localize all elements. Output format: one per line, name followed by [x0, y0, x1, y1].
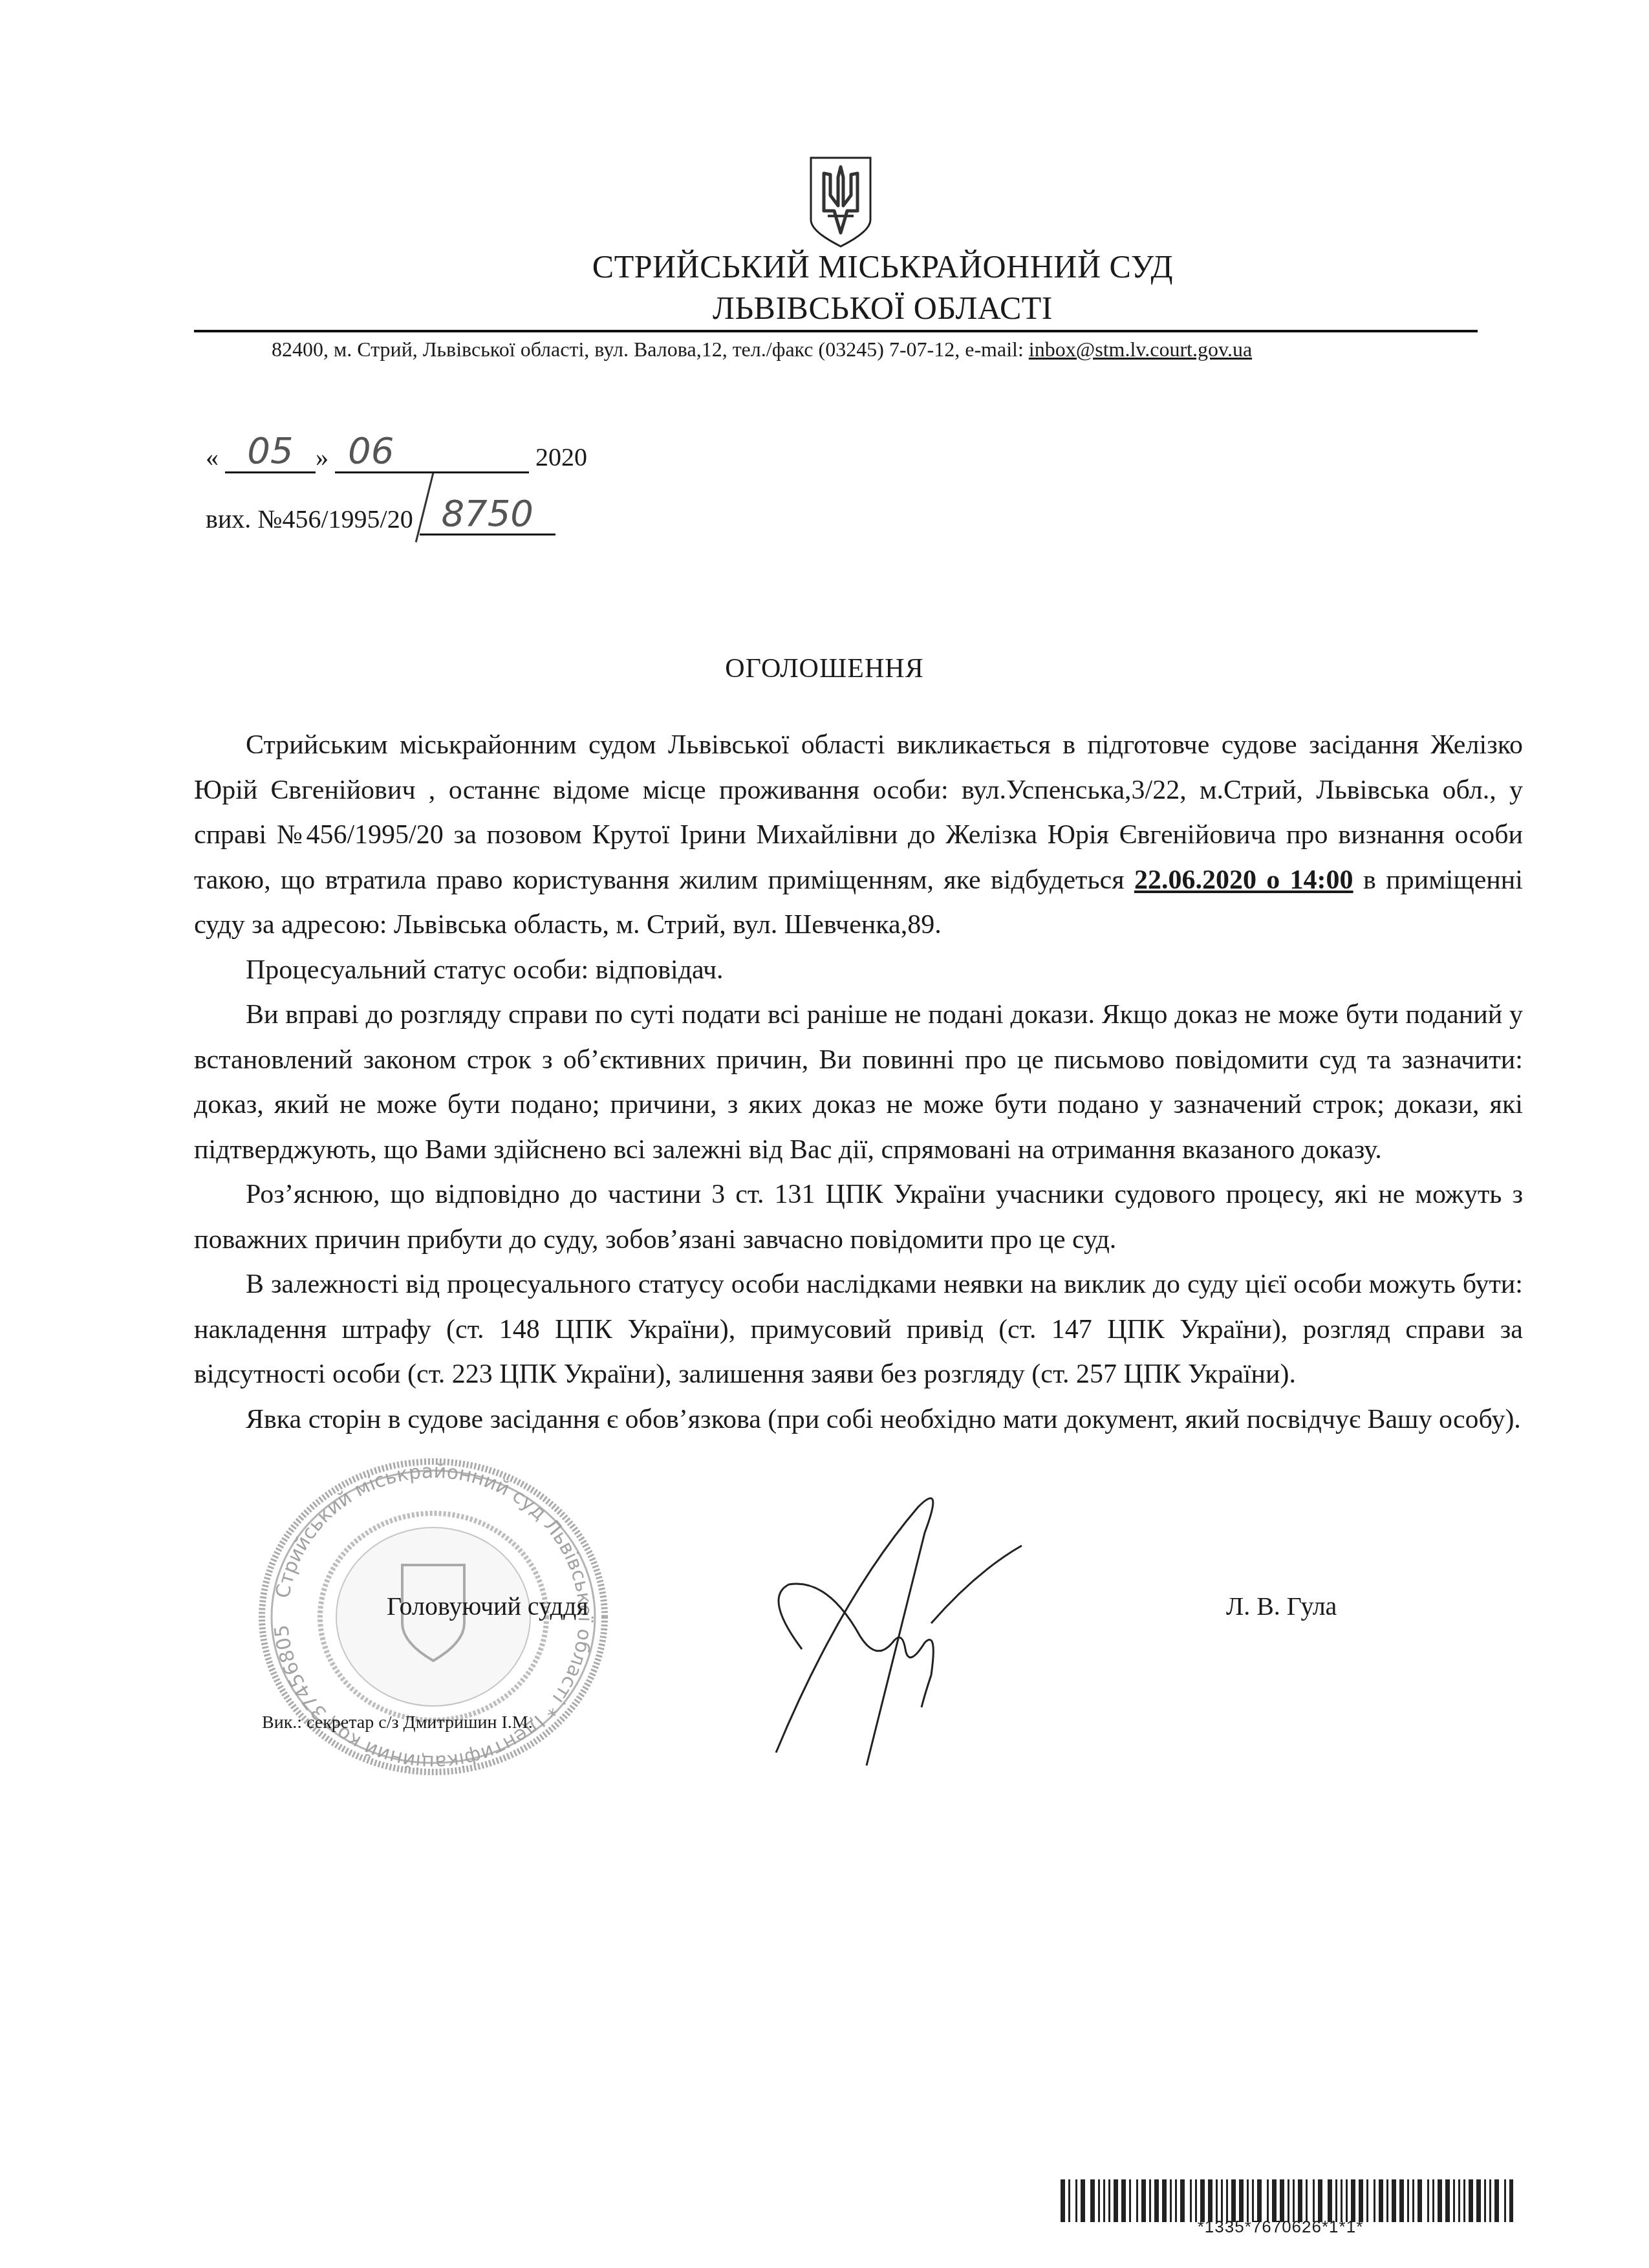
notice-paragraph-5: В залежності від процесуального статусу … — [194, 1262, 1523, 1398]
barcode-icon — [1061, 2179, 1513, 2222]
date-year: 2020 — [535, 442, 587, 471]
court-name-line2: ЛЬВІВСЬКОЇ ОБЛАСТІ — [58, 288, 1649, 327]
notice-paragraph-3: Ви вправі до розгляду справи по суті под… — [194, 993, 1523, 1172]
contacts-text: 82400, м. Стрий, Львівської області, вул… — [272, 338, 1029, 361]
date-month: 06 — [348, 430, 394, 472]
ukraine-coat-of-arms-icon — [808, 155, 873, 249]
notice-paragraph-6: Явка сторін в судове засідання є обов’яз… — [194, 1398, 1523, 1443]
outgoing-number-handwritten: 8750 — [441, 493, 533, 535]
document-date: « 05» 06 2020 — [206, 435, 587, 473]
open-quote: « — [206, 442, 219, 471]
signatory-name: Л. В. Гула — [1226, 1591, 1337, 1621]
barcode-number: *1335*7670626*1*1* — [1048, 2217, 1513, 2237]
handwritten-signature-icon — [763, 1481, 1099, 1778]
notice-paragraph-4: Роз’яснюю, що відповідно до частини 3 ст… — [194, 1172, 1523, 1262]
signatory-role: Головуючий суддя — [387, 1591, 588, 1621]
notice-body: Стрийським міськрайонним судом Львівсько… — [194, 723, 1523, 1442]
notice-title: ОГОЛОШЕННЯ — [0, 653, 1649, 684]
notice-paragraph-2: Процесуальний статус особи: відповідач. — [194, 948, 1523, 993]
date-day: 05 — [247, 430, 293, 472]
email-link[interactable]: inbox@stm.lv.court.gov.ua — [1029, 338, 1252, 361]
outgoing-number: вих. №456/1995/20 8750 — [206, 498, 555, 535]
notice-paragraph-1: Стрийським міськрайонним судом Львівсько… — [194, 723, 1523, 948]
court-name-line1: СТРИЙСЬКИЙ МІСЬКРАЙОННИЙ СУД — [58, 247, 1649, 286]
hearing-datetime: 22.06.2020 о 14:00 — [1134, 865, 1353, 895]
header-divider — [194, 330, 1478, 332]
close-quote: » — [316, 442, 329, 471]
executor-line: Вик.: секретар с/з Дмитришин І.М. — [262, 1712, 533, 1733]
outgoing-label: вих. №456/1995/20 — [206, 504, 413, 534]
court-contacts: 82400, м. Стрий, Львівської області, вул… — [272, 335, 1252, 363]
